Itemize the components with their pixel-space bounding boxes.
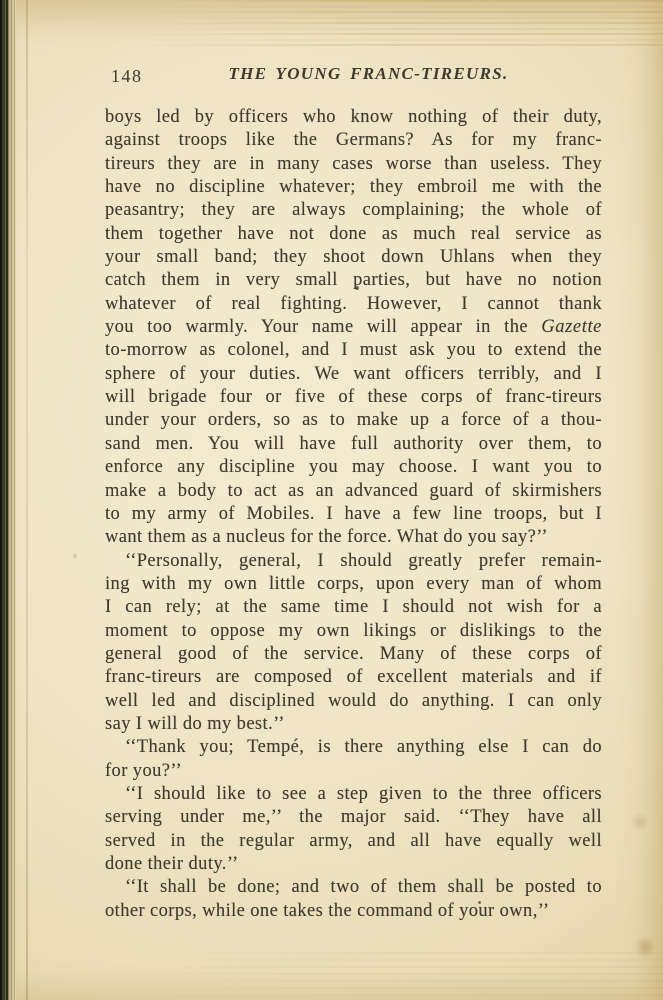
text-line: I can rely; at the same time I should no… (105, 596, 602, 619)
text-line: catch them in very small parties, but ha… (105, 269, 602, 292)
text-line: sand men. You will have full authority o… (105, 433, 602, 456)
text-line: moment to oppose my own likings or disli… (105, 620, 602, 643)
text-line: you too warmly. Your name will appear in… (105, 316, 602, 339)
stain-spot (634, 936, 656, 958)
text-segment: you too warmly. Your name will appear in… (105, 317, 541, 337)
text-line: for you?’’ (105, 760, 602, 783)
page-header: 148 THE YOUNG FRANC-TIREURS. (105, 64, 602, 88)
text-line: whatever of real fighting. However, I ca… (105, 293, 602, 316)
text-line: will brigade four or five of these corps… (105, 386, 602, 409)
text-line: to-morrow as colonel, and I must ask you… (105, 339, 602, 362)
text-line: enforce any discipline you may choose. I… (105, 456, 602, 479)
text-line: franc-tireurs are composed of excellent … (105, 666, 602, 689)
running-title: THE YOUNG FRANC-TIREURS. (105, 64, 602, 84)
text-line: ‘‘Personally, general, I should greatly … (105, 550, 602, 573)
text-line: them together have not done as much real… (105, 223, 602, 246)
paper-streaks-top (140, 0, 663, 46)
text-line: ‘‘I should like to see a step given to t… (105, 783, 602, 806)
text-line: have no discipline whatever; they embroi… (105, 176, 602, 199)
text-line: ing with my own little corps, upon every… (105, 573, 602, 596)
text-line: served in the regular army, and all have… (105, 830, 602, 853)
text-line: done their duty.’’ (105, 853, 602, 876)
text-line: ‘‘It shall be done; and two of them shal… (105, 876, 602, 899)
text-line: under your orders, so as to make up a fo… (105, 409, 602, 432)
text-block: boys led by officers who know nothing of… (105, 106, 602, 923)
text-line: against troops like the Germans? As for … (105, 129, 602, 152)
stain-spot (72, 553, 78, 559)
text-line: well led and disciplined would do anythi… (105, 690, 602, 713)
text-line: sphere of your duties. We want officers … (105, 363, 602, 386)
text-line: say I will do my best.’’ (105, 713, 602, 736)
text-line: make a body to act as an advanced guard … (105, 480, 602, 503)
text-line: general good of the service. Many of the… (105, 643, 602, 666)
page-number: 148 (111, 66, 143, 87)
text-line: peasantry; they are always complaining; … (105, 199, 602, 222)
italic-word: Gazette (541, 317, 602, 337)
stain-spot (630, 812, 650, 832)
text-line: want them as a nucleus for the force. Wh… (105, 526, 602, 549)
text-line: tireurs they are in many cases worse tha… (105, 153, 602, 176)
page-edge-line (26, 0, 28, 1000)
paper-streaks-bottom (120, 952, 663, 1000)
book-binding-edge (0, 0, 16, 1000)
text-line: other corps, while one takes the command… (105, 900, 602, 923)
text-line: serving under me,’’ the major said. ‘‘Th… (105, 806, 602, 829)
text-line: ‘‘Thank you; Tempé, is there anything el… (105, 736, 602, 759)
text-line: your small band; they shoot down Uhlans … (105, 246, 602, 269)
book-page-scan: 148 THE YOUNG FRANC-TIREURS. boys led by… (0, 0, 663, 1000)
text-line: boys led by officers who know nothing of… (105, 106, 602, 129)
text-line: to my army of Mobiles. I have a few line… (105, 503, 602, 526)
